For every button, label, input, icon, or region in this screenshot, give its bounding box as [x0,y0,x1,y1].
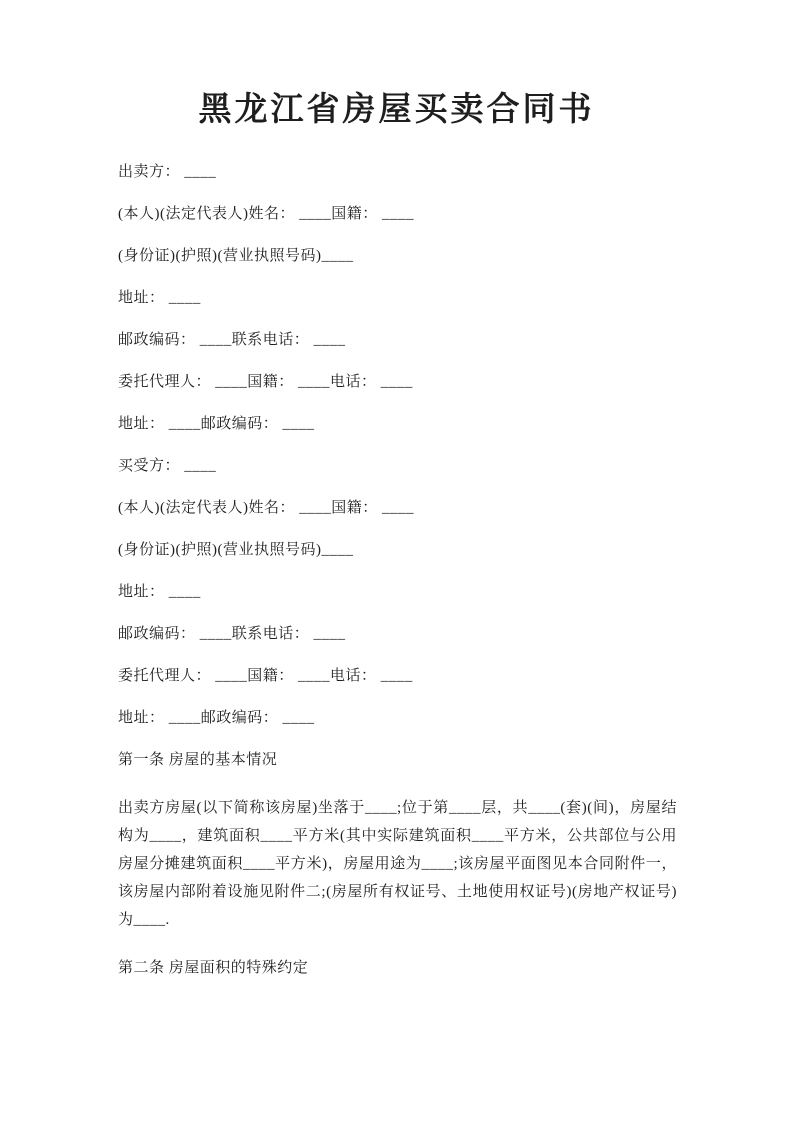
article1-heading: 第一条 房屋的基本情况 [118,752,677,768]
seller-party-line: 出卖方： ____ [118,164,677,180]
document-body: 出卖方： ____ (本人)(法定代表人)姓名： ____国籍： ____ (身… [118,164,677,976]
seller-postcode-phone-line: 邮政编码： ____联系电话： ____ [118,332,677,348]
seller-address-line: 地址： ____ [118,290,677,306]
seller-agent-line: 委托代理人： ____国籍： ____电话： ____ [118,374,677,390]
buyer-name-nationality-line: (本人)(法定代表人)姓名： ____国籍： ____ [118,500,677,516]
buyer-id-number-line: (身份证)(护照)(营业执照号码)____ [118,542,677,558]
seller-id-number-line: (身份证)(护照)(营业执照号码)____ [118,248,677,264]
buyer-address-line: 地址： ____ [118,584,677,600]
seller-name-nationality-line: (本人)(法定代表人)姓名： ____国籍： ____ [118,206,677,222]
buyer-postcode-phone-line: 邮政编码： ____联系电话： ____ [118,626,677,642]
buyer-agent-address-line: 地址： ____邮政编码： ____ [118,710,677,726]
contract-document-page: 黑龙江省房屋买卖合同书 出卖方： ____ (本人)(法定代表人)姓名： ___… [0,0,793,1122]
article2-heading: 第二条 房屋面积的特殊约定 [118,960,677,976]
article1-body: 出卖方房屋(以下简称该房屋)坐落于____;位于第____层，共____(套)(… [118,794,677,934]
seller-agent-address-line: 地址： ____邮政编码： ____ [118,416,677,432]
buyer-party-line: 买受方： ____ [118,458,677,474]
document-title: 黑龙江省房屋买卖合同书 [0,0,793,128]
buyer-agent-line: 委托代理人： ____国籍： ____电话： ____ [118,668,677,684]
